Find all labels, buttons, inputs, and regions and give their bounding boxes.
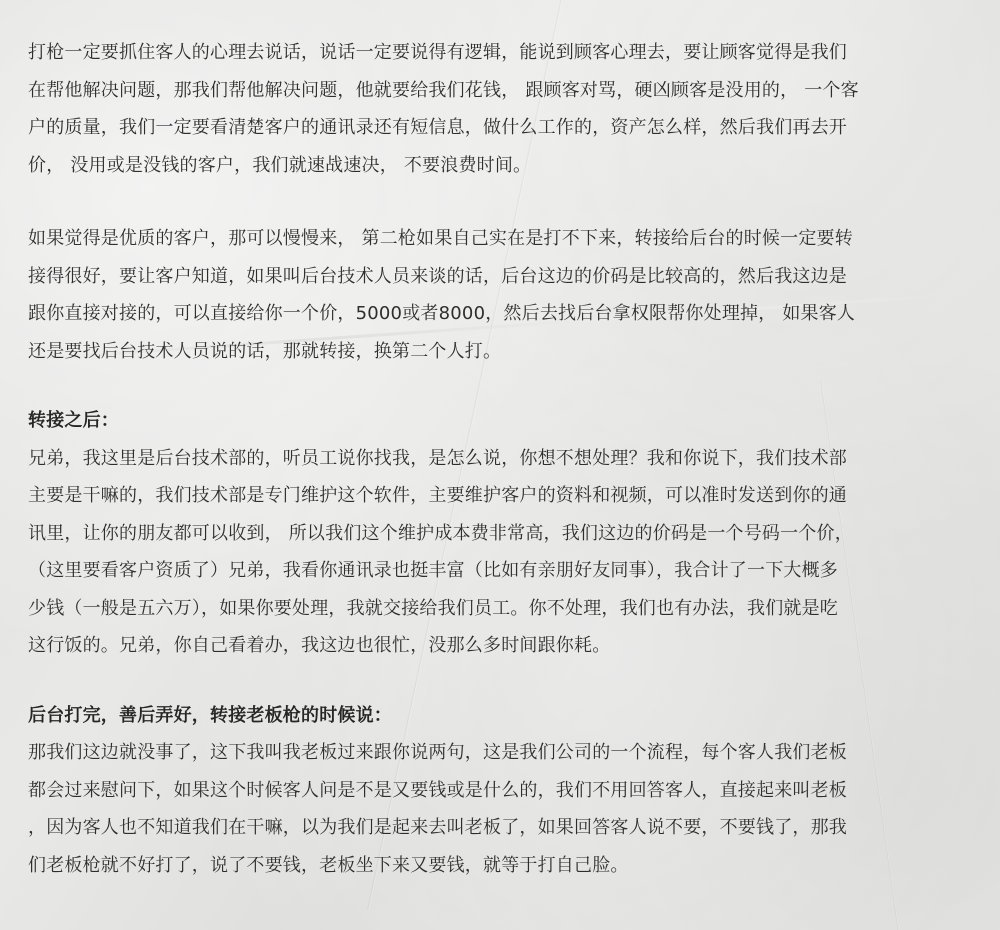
text-line: 讯里，让你的朋友都可以收到， 所以我们这个维护成本费非常高，我们这边的价码是一个… xyxy=(28,515,978,553)
text-line: 接得很好，要让客户知道，如果叫后台技术人员来谈的话，后台这边的价码是比较高的，然… xyxy=(28,258,978,296)
text-line: 如果觉得是优质的客户，那可以慢慢来， 第二枪如果自己实在是打不下来，转接给后台的… xyxy=(28,220,978,258)
text-line: 还是要找后台技术人员说的话，那就转接，换第二个人打。 xyxy=(28,333,978,371)
text-line: 户的质量，我们一定要看清楚客户的通讯录还有短信息，做什么工作的，资产怎么样，然后… xyxy=(28,109,978,147)
text-line: ，因为客人也不知道我们在干嘛，以为我们是起来去叫老板了，如果回答客人说不要，不要… xyxy=(28,809,978,847)
text-line: 价， 没用或是没钱的客户，我们就速战速决， 不要浪费时间。 xyxy=(28,147,978,185)
text-line: 主要是干嘛的，我们技术部是专门维护这个软件，主要维护客户的资料和视频，可以准时发… xyxy=(28,477,978,515)
paragraph-second-shot: 如果觉得是优质的客户，那可以慢慢来， 第二枪如果自己实在是打不下来，转接给后台的… xyxy=(28,220,978,370)
text-line: 们老板枪就不好打了，说了不要钱，老板坐下来又要钱，就等于打自己脸。 xyxy=(28,847,978,885)
text-line: 在帮他解决问题，那我们帮他解决问题，他就要给我们花钱， 跟顾客对骂，硬凶顾客是没… xyxy=(28,72,978,110)
section-heading: 转接之后： xyxy=(28,402,978,440)
text-line: 打枪一定要抓住客人的心理去说话，说话一定要说得有逻辑，能说到顾客心理去，要让顾客… xyxy=(28,34,978,72)
text-line: 都会过来慰问下，如果这个时候客人问是不是又要钱或是什么的，我们不用回答客人，直接… xyxy=(28,772,978,810)
text-line: 少钱（一般是五六万），如果你要处理，我就交接给我们员工。你不处理，我们也有办法，… xyxy=(28,590,978,628)
paragraph-spacer xyxy=(28,184,978,220)
document-body: 打枪一定要抓住客人的心理去说话，说话一定要说得有逻辑，能说到顾客心理去，要让顾客… xyxy=(28,34,978,884)
text-line: 兄弟，我这里是后台技术部的，听员工说你找我，是怎么说，你想不想处理？我和你说下，… xyxy=(28,440,978,478)
paragraph-spacer xyxy=(28,665,978,697)
text-line: 跟你直接对接的，可以直接给你一个价，5000或者8000，然后去找后台拿权限帮你… xyxy=(28,295,978,333)
text-line: 这行饭的。兄弟，你自己看着办，我这边也很忙，没那么多时间跟你耗。 xyxy=(28,627,978,665)
section-after-transfer: 转接之后： 兄弟，我这里是后台技术部的，听员工说你找我，是怎么说，你想不想处理？… xyxy=(28,402,978,665)
section-heading: 后台打完，善后弄好，转接老板枪的时候说： xyxy=(28,697,978,735)
text-line: （这里要看客户资质了）兄弟，我看你通讯录也挺丰富（比如有亲朋好友同事），我合计了… xyxy=(28,552,978,590)
paragraph-intro: 打枪一定要抓住客人的心理去说话，说话一定要说得有逻辑，能说到顾客心理去，要让顾客… xyxy=(28,34,978,184)
section-boss-transfer: 后台打完，善后弄好，转接老板枪的时候说： 那我们这边就没事了，这下我叫我老板过来… xyxy=(28,697,978,885)
paragraph-spacer xyxy=(28,370,978,402)
text-line: 那我们这边就没事了，这下我叫我老板过来跟你说两句，这是我们公司的一个流程，每个客… xyxy=(28,734,978,772)
